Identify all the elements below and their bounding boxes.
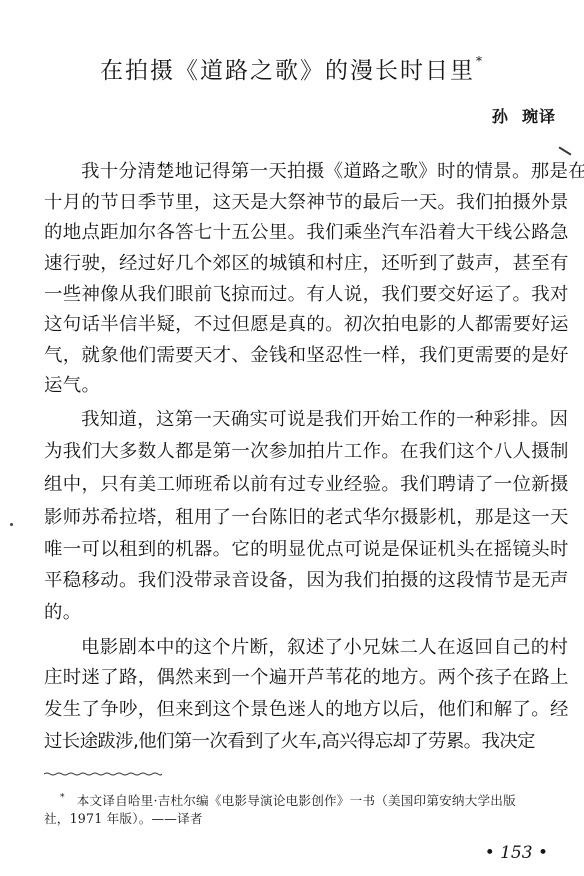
article-title-text: 在拍摄《道路之歌》的漫长时日里 (100, 58, 475, 84)
body-line: 气，就象他们需要天才、金钱和坚忍性一样，我们更需要的是好 (44, 344, 574, 368)
body-line: 我知道，这第一天确实可说是我们开始工作的一种彩排。因 (81, 408, 584, 432)
body-line: 电影剧本中的这个片断，叙述了小兄妹二人在返回自己的村 (81, 636, 584, 660)
body-line: 一些神像从我们眼前飞掠而过。有人说，我们要交好运了。我对 (44, 283, 574, 307)
title-footnote-mark: * (476, 54, 484, 68)
body-line: 平稳移动。我们没带录音设备，因为我们拍摄的这段情节是无声 (44, 569, 574, 593)
scan-artifact-dot (10, 523, 13, 526)
body-line: 我十分清楚地记得第一天拍摄《道路之歌》时的情景。那是在 (81, 160, 584, 184)
body-line: 十月的节日季节里，这天是大祭神节的最后一天。我们拍摄外景 (44, 191, 574, 215)
body-line: 唯一可以租到的机器。它的明显优点可说是保证机头在摇镜头时 (44, 538, 574, 562)
book-page: 在拍摄《道路之歌》的漫长时日里* 孙 琬译 我十分清楚地记得第一天拍摄《道路之歌… (0, 0, 584, 876)
body-line: 为我们大多数人都是第一次参加拍片工作。在我们这个八人摄制 (44, 440, 574, 464)
body-line: 过长途跋涉,他们第一次看到了火车,高兴得忘却了劳累。我决定 (44, 730, 574, 754)
body-line: 发生了争吵，但来到这个景色迷人的地方以后，他们和解了。经 (44, 698, 574, 722)
translator-credit: 孙 琬译 (492, 104, 556, 127)
body-line: 运气。 (44, 374, 574, 398)
body-line: 组中，只有美工师班希以前有过专业经验。我们聘请了一位新摄 (44, 473, 574, 497)
body-line: 影师苏希拉塔，租用了一台陈旧的老式华尔摄影机，那是这一天 (44, 506, 574, 530)
body-line: 的地点距加尔各答七十五公里。我们乘坐汽车沿着大干线公路急 (44, 221, 574, 245)
body-line: 的。 (44, 601, 574, 625)
footnote-separator (44, 771, 162, 777)
scan-artifact-stroke (559, 146, 572, 155)
body-line: 速行驶，经过好几个郊区的城镇和村庄，还听到了鼓声，甚至有 (44, 252, 574, 276)
body-line: 庄时迷了路，偶然来到一个遍开芦苇花的地方。两个孩子在路上 (44, 666, 574, 690)
body-line: 这句话半信半疑，不过但愿是真的。初次拍电影的人都需要好运 (44, 313, 574, 337)
article-title: 在拍摄《道路之歌》的漫长时日里* (0, 52, 584, 85)
footnote-text: 本文译自哈里·吉杜尔编《电影导演论电影创作》一书（美国印第安纳大学出版 (77, 793, 516, 808)
footnote-line: *本文译自哈里·吉杜尔编《电影导演论电影创作》一书（美国印第安纳大学出版 (60, 790, 516, 809)
page-number: • 153 • (485, 843, 548, 863)
footnote-mark: * (60, 793, 65, 803)
footnote-line: 社，1971 年版）。——译者 (44, 811, 203, 827)
